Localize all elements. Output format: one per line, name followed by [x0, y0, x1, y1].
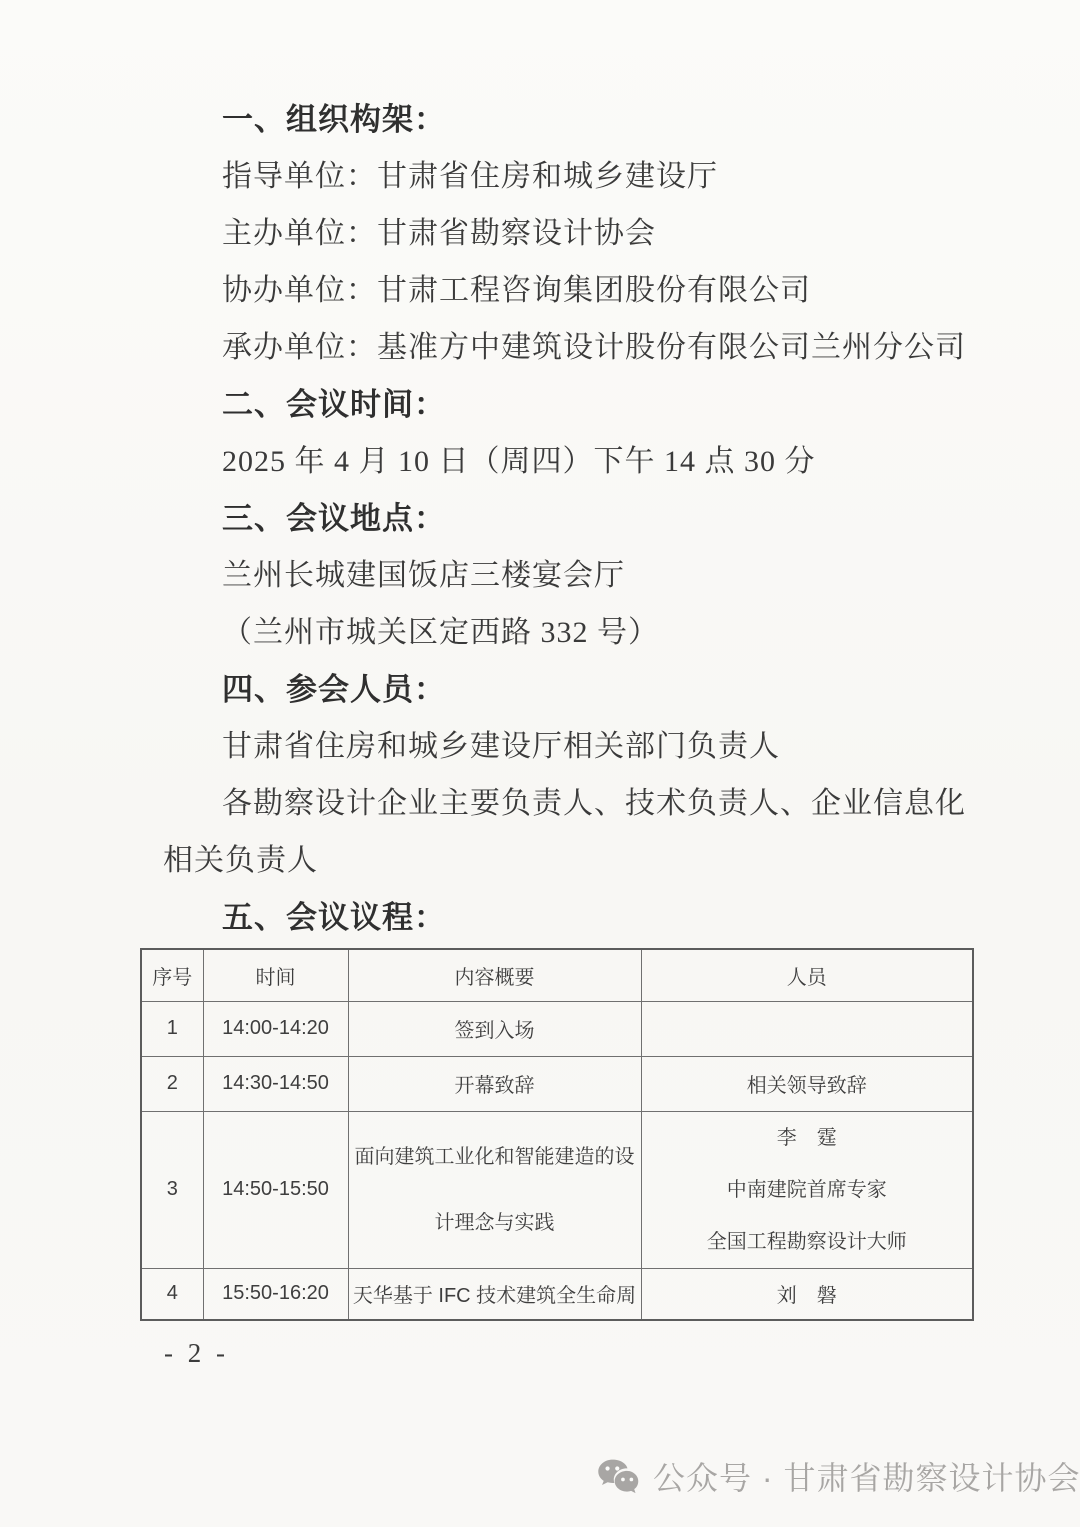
section-3-heading: 三、会议地点： — [163, 502, 983, 535]
col-header-time: 时间 — [203, 949, 348, 1001]
row-3-person: 李 霆 中南建院首席专家 全国工程勘察设计大师 — [641, 1111, 973, 1268]
row-3-no: 3 — [141, 1111, 203, 1268]
agenda-row-1: 1 14:00-14:20 签到入场 — [141, 1001, 973, 1056]
row-3-person-title-1: 中南建院首席专家 — [642, 1164, 973, 1216]
agenda-row-4: 4 15:50-16:20 天华基于 IFC 技术建筑全生命周 刘 磐 — [141, 1268, 973, 1320]
wechat-icon — [596, 1456, 640, 1500]
row-3-content: 面向建筑工业化和智能建造的设 计理念与实践 — [348, 1111, 641, 1268]
row-2-content: 开幕致辞 — [348, 1056, 641, 1111]
agenda-row-2: 2 14:30-14:50 开幕致辞 相关领导致辞 — [141, 1056, 973, 1111]
venue-address-line: （兰州市城关区定西路 332 号） — [163, 616, 983, 649]
col-header-no: 序号 — [141, 949, 203, 1001]
document-body: 一、组织构架： 指导单位：甘肃省住房和城乡建设厅 主办单位：甘肃省勘察设计协会 … — [163, 103, 983, 958]
col-header-content: 内容概要 — [348, 949, 641, 1001]
co-organizer-line: 协办单位：甘肃工程咨询集团股份有限公司 — [163, 274, 983, 307]
agenda-row-3: 3 14:50-15:50 面向建筑工业化和智能建造的设 计理念与实践 李 霆 … — [141, 1111, 973, 1268]
page-number: - 2 - — [164, 1338, 229, 1369]
row-1-content: 签到入场 — [348, 1001, 641, 1056]
participants-line-3: 相关负责人 — [163, 844, 983, 877]
row-4-content: 天华基于 IFC 技术建筑全生命周 — [348, 1268, 641, 1320]
section-2-heading: 二、会议时间： — [163, 388, 983, 421]
meeting-time-line: 2025 年 4 月 10 日（周四）下午 14 点 30 分 — [163, 445, 983, 478]
document-page: 一、组织构架： 指导单位：甘肃省住房和城乡建设厅 主办单位：甘肃省勘察设计协会 … — [0, 0, 1080, 1527]
section-4-heading: 四、参会人员： — [163, 673, 983, 706]
wechat-footer: 公众号 · 甘肃省勘察设计协会 — [596, 1456, 1080, 1500]
undertaker-line: 承办单位：基准方中建筑设计股份有限公司兰州分公司 — [163, 331, 983, 364]
col-header-person: 人员 — [641, 949, 973, 1001]
row-3-person-title-2: 全国工程勘察设计大师 — [642, 1216, 973, 1268]
participants-line-2: 各勘察设计企业主要负责人、技术负责人、企业信息化 — [163, 787, 983, 820]
host-unit-line: 主办单位：甘肃省勘察设计协会 — [163, 217, 983, 250]
row-1-person — [641, 1001, 973, 1056]
row-4-person: 刘 磐 — [641, 1268, 973, 1320]
row-2-person: 相关领导致辞 — [641, 1056, 973, 1111]
row-2-no: 2 — [141, 1056, 203, 1111]
agenda-header-row: 序号 时间 内容概要 人员 — [141, 949, 973, 1001]
row-3-time: 14:50-15:50 — [203, 1111, 348, 1268]
participants-line-1: 甘肃省住房和城乡建设厅相关部门负责人 — [163, 730, 983, 763]
row-3-content-line-1: 面向建筑工业化和智能建造的设 — [349, 1124, 641, 1190]
row-1-no: 1 — [141, 1001, 203, 1056]
meeting-venue-line: 兰州长城建国饭店三楼宴会厅 — [163, 559, 983, 592]
row-3-person-name: 李 霆 — [642, 1112, 973, 1164]
guiding-unit-line: 指导单位：甘肃省住房和城乡建设厅 — [163, 160, 983, 193]
section-1-heading: 一、组织构架： — [163, 103, 983, 136]
wechat-account-label: 公众号 · 甘肃省勘察设计协会 — [653, 1456, 1080, 1500]
agenda-table: 序号 时间 内容概要 人员 1 14:00-14:20 签到入场 2 14:30… — [140, 948, 974, 1321]
row-2-time: 14:30-14:50 — [203, 1056, 348, 1111]
row-3-content-line-2: 计理念与实践 — [349, 1190, 641, 1256]
row-4-no: 4 — [141, 1268, 203, 1320]
row-1-time: 14:00-14:20 — [203, 1001, 348, 1056]
section-5-heading: 五、会议议程： — [163, 901, 983, 934]
row-4-time: 15:50-16:20 — [203, 1268, 348, 1320]
